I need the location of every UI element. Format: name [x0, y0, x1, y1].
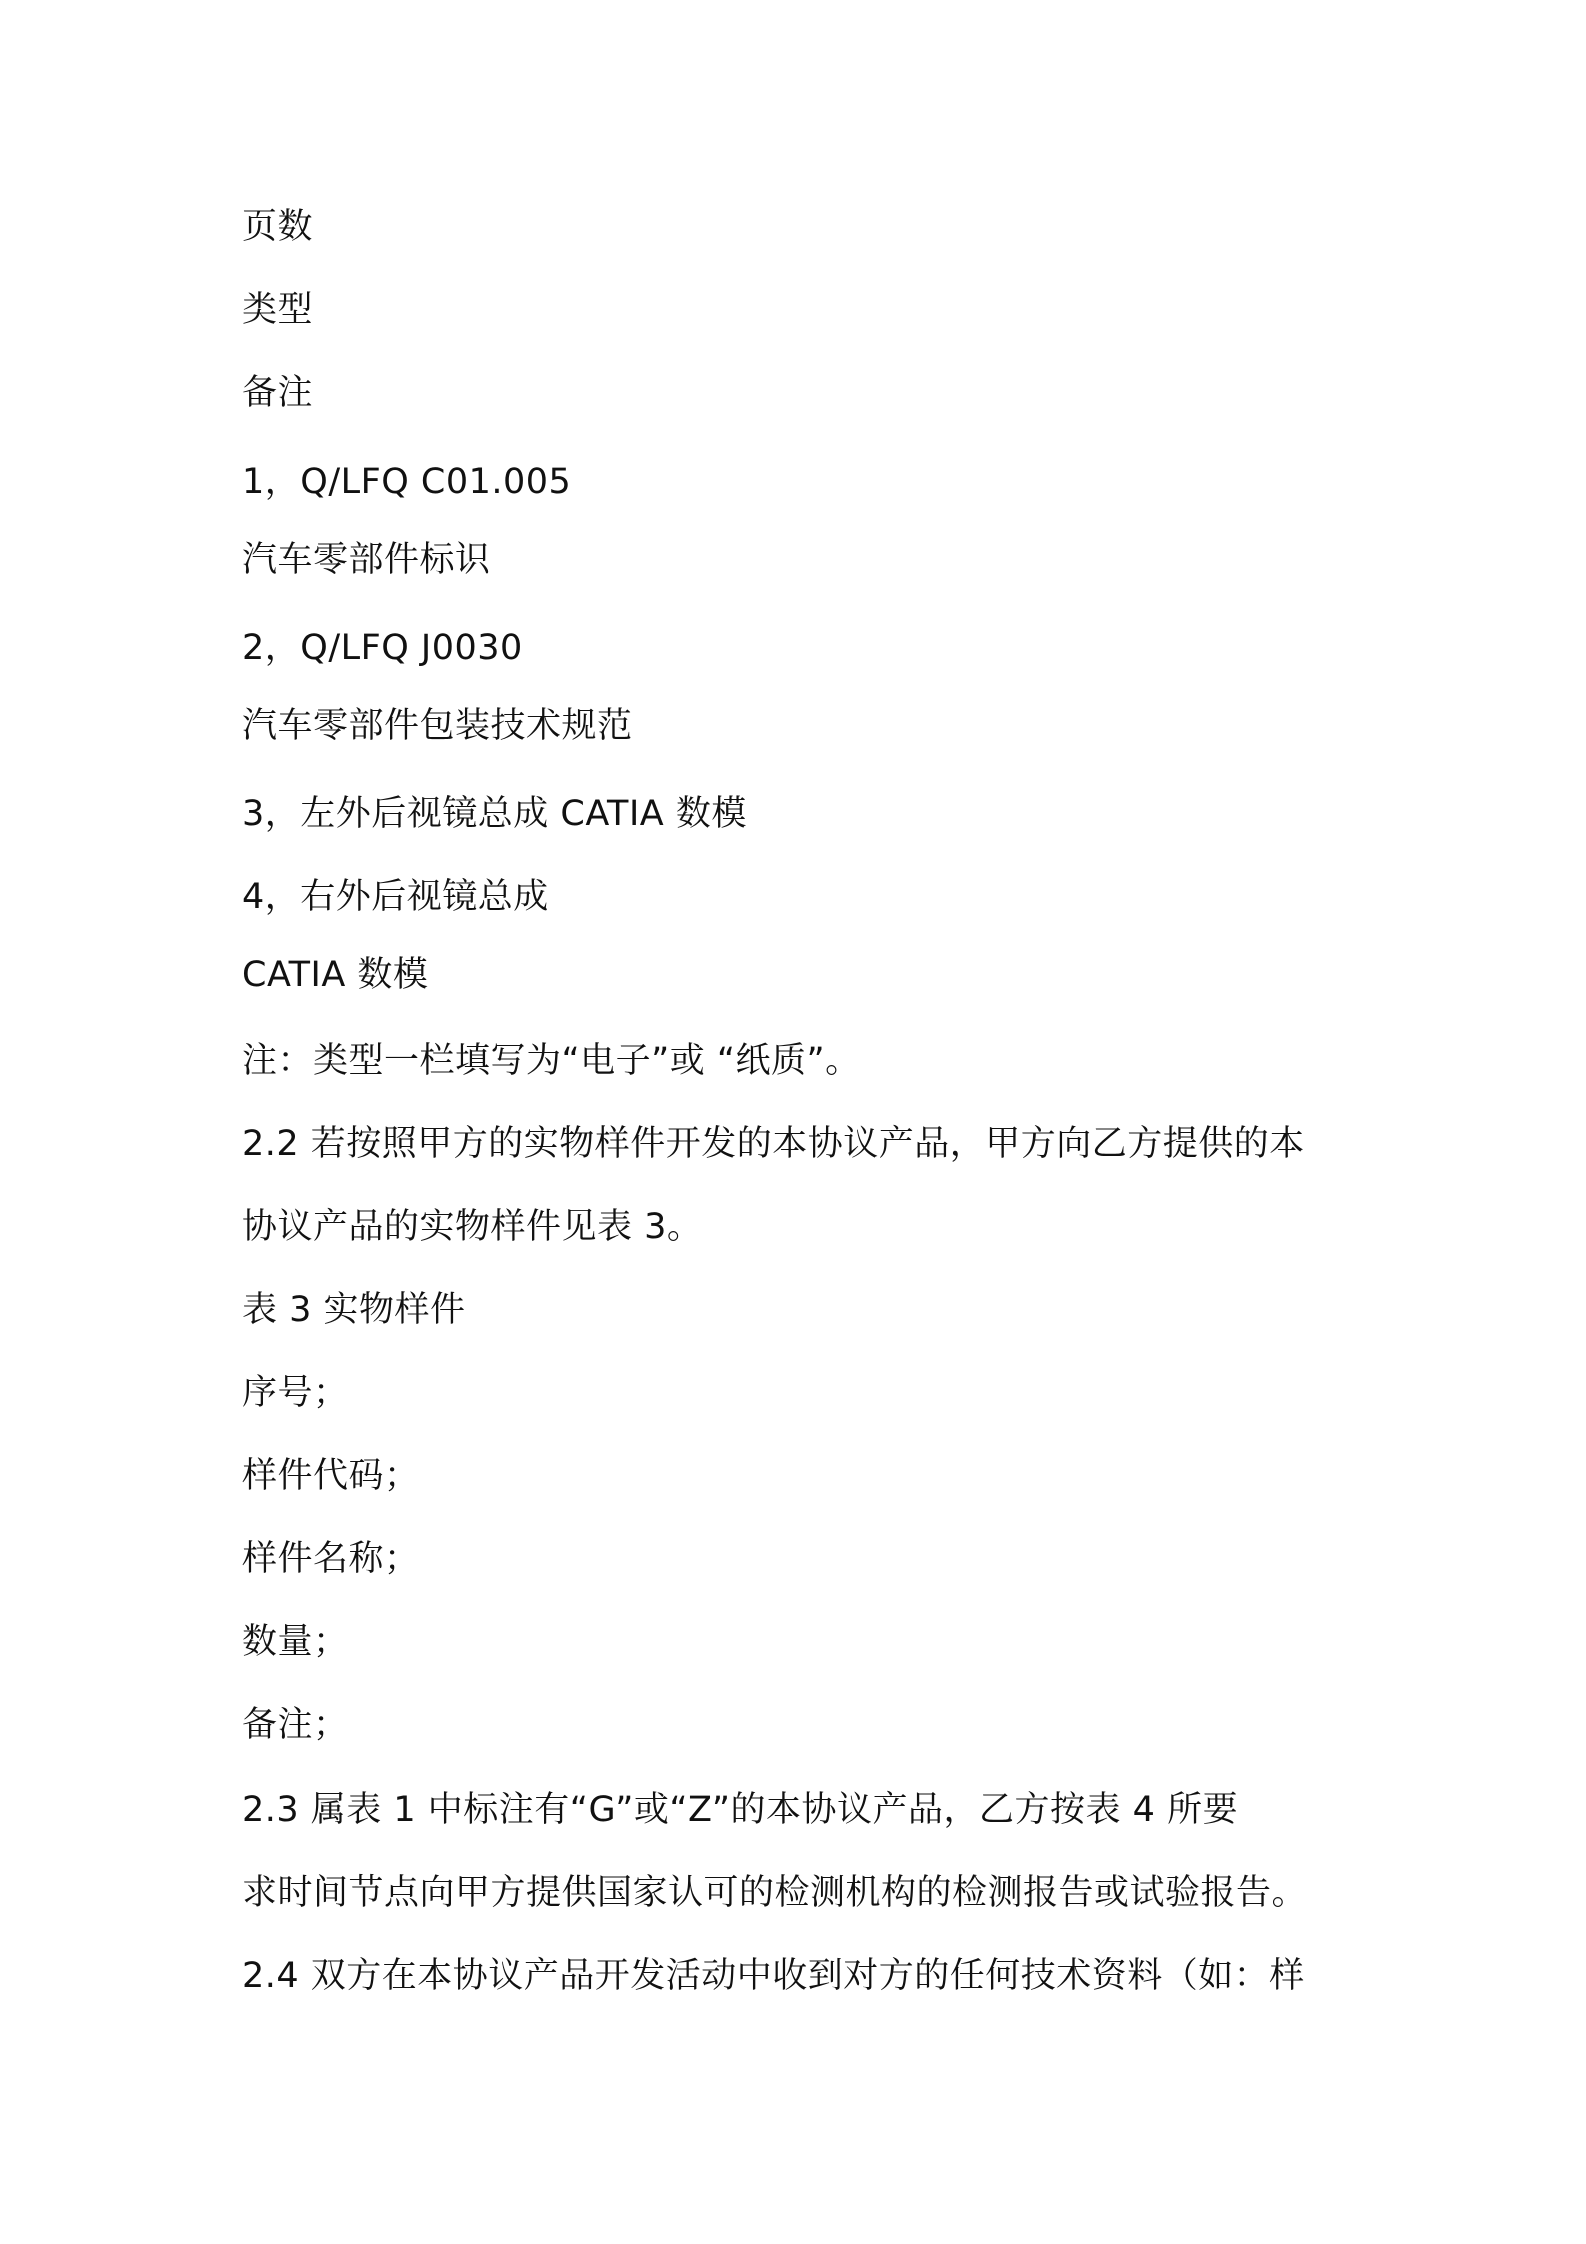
- clause-2-4-line-1: 2.4 双方在本协议产品开发活动中收到对方的任何技术资料（如：样: [242, 1954, 1305, 1998]
- reference-item-4-continued: CATIA 数模: [242, 953, 428, 997]
- clause-2-2-line-2: 协议产品的实物样件见表 3。: [242, 1205, 702, 1249]
- document-page: 页数 类型 备注 1，Q/LFQ C01.005 汽车零部件标识 2，Q/LFQ…: [0, 0, 1586, 2244]
- type-column-note: 注：类型一栏填写为“电子”或 “纸质”。: [242, 1039, 861, 1083]
- clause-2-2-line-1: 2.2 若按照甲方的实物样件开发的本协议产品，甲方向乙方提供的本: [242, 1122, 1305, 1166]
- table-3-header-sample-name: 样件名称；: [242, 1537, 420, 1581]
- table-3-header-quantity: 数量；: [242, 1620, 349, 1664]
- field-label-page-count: 页数: [242, 205, 313, 249]
- clause-2-3-line-1: 2.3 属表 1 中标注有“G”或“Z”的本协议产品，乙方按表 4 所要: [242, 1788, 1238, 1832]
- table-3-caption: 表 3 实物样件: [242, 1288, 466, 1332]
- reference-item-1-code: 1，Q/LFQ C01.005: [242, 460, 571, 504]
- reference-item-1-title: 汽车零部件标识: [242, 538, 491, 582]
- table-3-header-serial-no: 序号；: [242, 1371, 349, 1415]
- reference-item-4: 4，右外后视镜总成: [242, 875, 549, 919]
- reference-item-2-code: 2，Q/LFQ J0030: [242, 626, 523, 670]
- clause-2-3-line-2: 求时间节点向甲方提供国家认可的检测机构的检测报告或试验报告。: [242, 1871, 1307, 1915]
- field-label-type: 类型: [242, 288, 313, 332]
- table-3-header-sample-code: 样件代码；: [242, 1454, 420, 1498]
- field-label-remarks: 备注: [242, 371, 313, 415]
- table-3-header-remarks: 备注；: [242, 1703, 349, 1747]
- reference-item-2-title: 汽车零部件包装技术规范: [242, 704, 633, 748]
- reference-item-3: 3，左外后视镜总成 CATIA 数模: [242, 792, 747, 836]
